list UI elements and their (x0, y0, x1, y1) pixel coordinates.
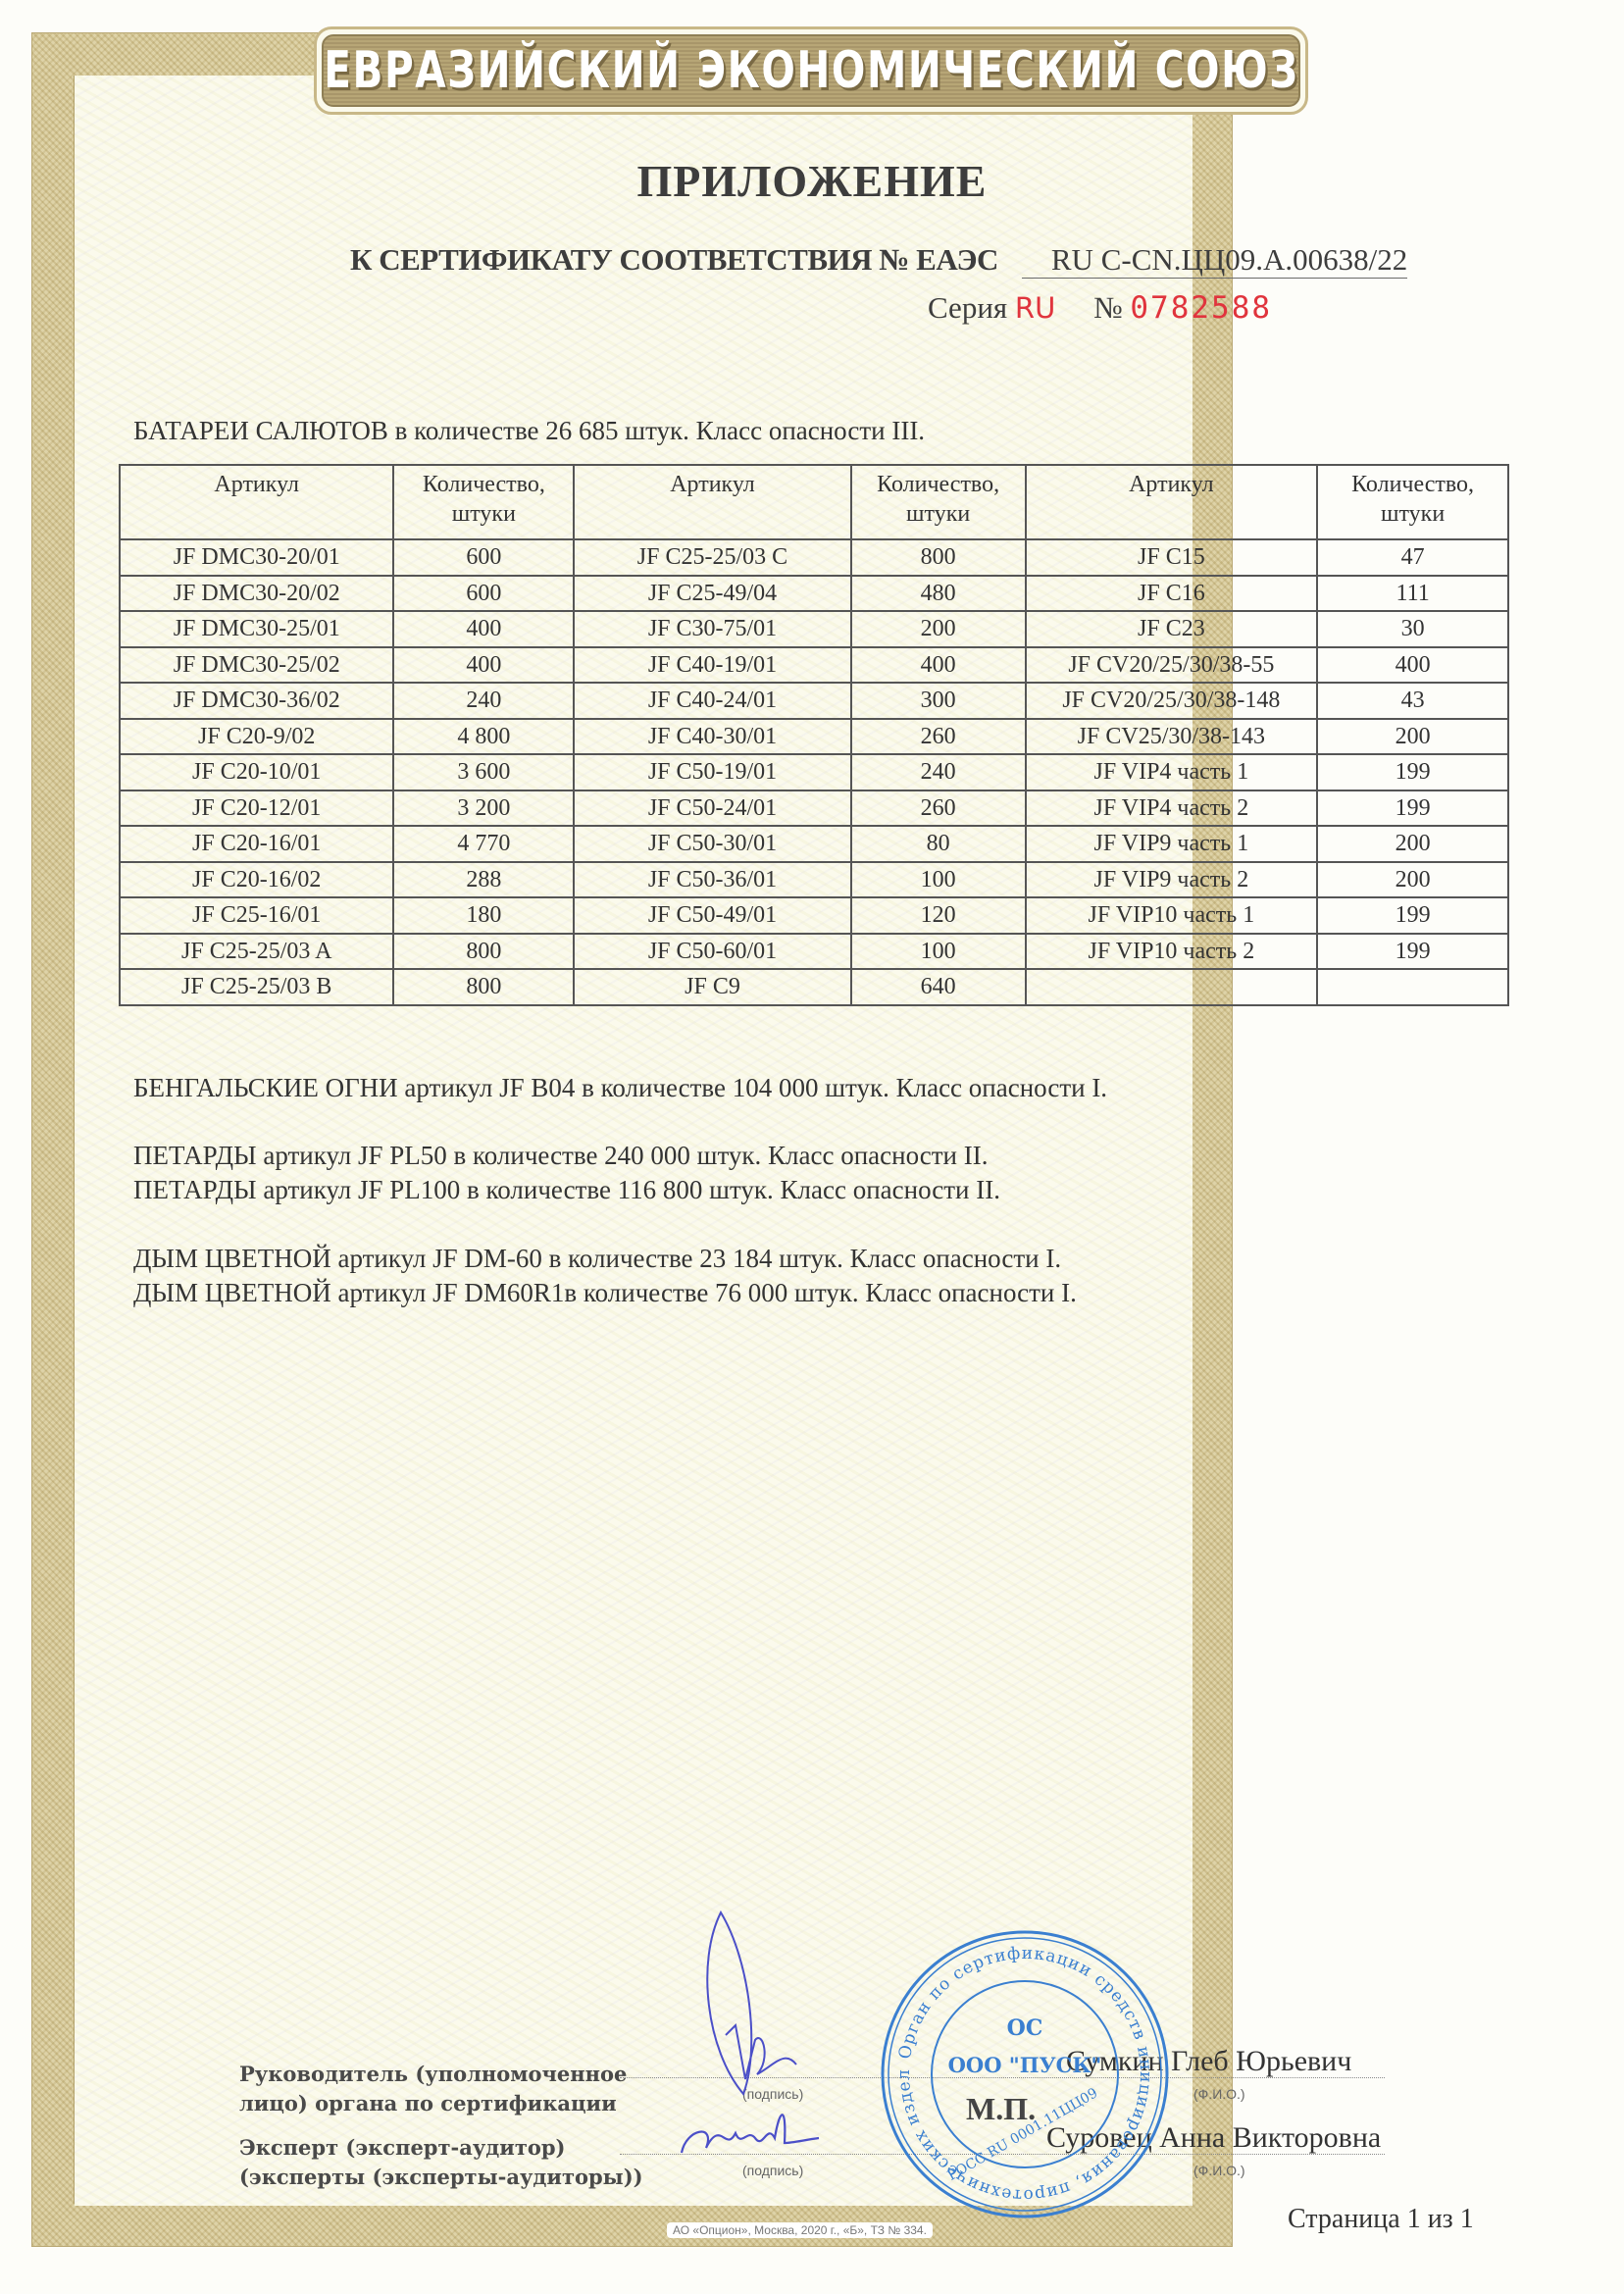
certificate-line: К СЕРТИФИКАТУ СООТВЕТСТВИЯ № ЕАЭСRU С-CN… (350, 242, 1407, 279)
number-label: № (1093, 290, 1123, 325)
paragraph-smoke-dm60r1: ДЫМ ЦВЕТНОЙ артикул JF DM60R1в количеств… (133, 1278, 1077, 1308)
page-number: Страница 1 из 1 (1288, 2204, 1474, 2235)
quantity-cell: 800 (393, 969, 574, 1005)
quantity-cell: 800 (851, 539, 1026, 576)
quantity-cell: 200 (1317, 826, 1508, 862)
article-cell: JF C40-19/01 (574, 647, 850, 684)
article-cell: JF C9 (574, 969, 850, 1005)
head-label: Руководитель (уполномоченное лицо) орган… (239, 2060, 627, 2118)
table-row: JF C25-16/01180JF C50-49/01120JF VIP10 ч… (120, 897, 1508, 934)
table-row: JF DMC30-36/02240JF C40-24/01300JF CV20/… (120, 683, 1508, 719)
seal-placeholder: М.П. (966, 2091, 1036, 2127)
quantity-cell: 199 (1317, 934, 1508, 970)
article-cell: JF CV20/25/30/38-55 (1026, 647, 1318, 684)
table-row: JF C20-16/02288JF C50-36/01100JF VIP9 ча… (120, 862, 1508, 898)
article-cell: JF CV20/25/30/38-148 (1026, 683, 1318, 719)
article-cell: JF DMC30-25/02 (120, 647, 393, 684)
table-row: JF C20-16/014 770JF C50-30/0180JF VIP9 ч… (120, 826, 1508, 862)
quantity-cell: 400 (393, 647, 574, 684)
article-cell: JF C20-9/02 (120, 719, 393, 755)
quantity-cell: 199 (1317, 790, 1508, 827)
table-row: JF C25-25/03 B800JF C9640 (120, 969, 1508, 1005)
serial-number: 0782588 (1130, 290, 1272, 326)
article-cell: JF C15 (1026, 539, 1318, 576)
article-cell: JF C40-24/01 (574, 683, 850, 719)
quantity-cell: 800 (393, 934, 574, 970)
banner-title: ЕВРАЗИЙСКИЙ ЭКОНОМИЧЕСКИЙ СОЮЗ (324, 41, 1298, 100)
table-row: JF C20-12/013 200JF C50-24/01260JF VIP4 … (120, 790, 1508, 827)
quantity-cell: 260 (851, 790, 1026, 827)
quantity-cell: 600 (393, 576, 574, 612)
article-cell: JF C50-60/01 (574, 934, 850, 970)
quantity-cell: 400 (393, 611, 574, 647)
article-cell: JF VIP4 часть 2 (1026, 790, 1318, 827)
article-cell: JF C23 (1026, 611, 1318, 647)
quantity-cell: 199 (1317, 897, 1508, 934)
page-title: ПРИЛОЖЕНИЕ (0, 155, 1624, 207)
head-name: Сумкин Глеб Юрьевич (1066, 2045, 1351, 2078)
article-cell: JF C20-12/01 (120, 790, 393, 827)
article-cell: JF DMC30-20/02 (120, 576, 393, 612)
table-row: JF C25-25/03 A800JF C50-60/01100JF VIP10… (120, 934, 1508, 970)
article-cell: JF VIP9 часть 2 (1026, 862, 1318, 898)
quantity-cell: 240 (851, 754, 1026, 790)
table-row: JF DMC30-25/02400JF C40-19/01400JF CV20/… (120, 647, 1508, 684)
paragraph-smoke-dm60: ДЫМ ЦВЕТНОЙ артикул JF DM-60 в количеств… (133, 1244, 1061, 1274)
quantity-cell: 640 (851, 969, 1026, 1005)
table-row: JF DMC30-25/01400JF C30-75/01200JF C2330 (120, 611, 1508, 647)
article-cell: JF C50-24/01 (574, 790, 850, 827)
quantity-cell: 100 (851, 934, 1026, 970)
quantity-cell: 3 600 (393, 754, 574, 790)
expert-name-caption: (Ф.И.О.) (1193, 2163, 1245, 2178)
head-signature-caption: (подпись) (742, 2086, 803, 2102)
article-cell: JF C50-36/01 (574, 862, 850, 898)
article-cell: JF C20-16/01 (120, 826, 393, 862)
quantity-cell: 199 (1317, 754, 1508, 790)
table-header-row: АртикулКоличество, штукиАртикулКоличеств… (120, 465, 1508, 539)
quantity-cell: 200 (1317, 719, 1508, 755)
quantity-cell: 180 (393, 897, 574, 934)
certificate-number: RU С-CN.ЦЦ09.А.00638/22 (1022, 242, 1407, 279)
quantity-cell: 240 (393, 683, 574, 719)
article-cell: JF C50-49/01 (574, 897, 850, 934)
article-cell: JF C30-75/01 (574, 611, 850, 647)
paragraph-firecrackers-pl50: ПЕТАРДЫ артикул JF PL50 в количестве 240… (133, 1141, 988, 1171)
quantity-cell: 288 (393, 862, 574, 898)
article-cell: JF C25-16/01 (120, 897, 393, 934)
table-row: JF C20-10/013 600JF C50-19/01240JF VIP4 … (120, 754, 1508, 790)
column-header-quantity: Количество, штуки (393, 465, 574, 539)
quantity-cell: 80 (851, 826, 1026, 862)
expert-signature-caption: (подпись) (742, 2163, 803, 2178)
header-banner: ЕВРАЗИЙСКИЙ ЭКОНОМИЧЕСКИЙ СОЮЗ (314, 26, 1308, 115)
article-cell: JF CV25/30/38-143 (1026, 719, 1318, 755)
article-cell: JF C25-25/03 C (574, 539, 850, 576)
column-header-quantity: Количество, штуки (851, 465, 1026, 539)
article-cell: JF C16 (1026, 576, 1318, 612)
column-header-article: Артикул (1026, 465, 1318, 539)
table-row: JF DMC30-20/02600JF C25-49/04480JF C1611… (120, 576, 1508, 612)
article-cell: JF C25-25/03 B (120, 969, 393, 1005)
series-value: RU (1015, 291, 1055, 325)
article-cell: JF C20-10/01 (120, 754, 393, 790)
quantity-cell: 4 770 (393, 826, 574, 862)
quantity-cell: 260 (851, 719, 1026, 755)
article-cell: JF DMC30-25/01 (120, 611, 393, 647)
column-header-article: Артикул (574, 465, 850, 539)
article-cell: JF VIP10 часть 2 (1026, 934, 1318, 970)
column-header-quantity: Количество, штуки (1317, 465, 1508, 539)
article-cell: JF C50-19/01 (574, 754, 850, 790)
head-name-caption: (Ф.И.О.) (1193, 2086, 1245, 2102)
quantity-cell: 111 (1317, 576, 1508, 612)
table-row: JF C20-9/024 800JF C40-30/01260JF CV25/3… (120, 719, 1508, 755)
quantity-cell: 200 (851, 611, 1026, 647)
batteries-table: АртикулКоличество, штукиАртикулКоличеств… (119, 464, 1509, 1006)
article-cell: JF C40-30/01 (574, 719, 850, 755)
table-body: JF DMC30-20/01600JF C25-25/03 C800JF C15… (120, 539, 1508, 1005)
article-cell: JF C25-25/03 A (120, 934, 393, 970)
quantity-cell: 600 (393, 539, 574, 576)
quantity-cell: 200 (1317, 862, 1508, 898)
article-cell: JF VIP9 часть 1 (1026, 826, 1318, 862)
article-cell: JF VIP4 часть 1 (1026, 754, 1318, 790)
expert-name: Суровец Анна Викторовна (1046, 2121, 1381, 2155)
quantity-cell: 480 (851, 576, 1026, 612)
quantity-cell: 100 (851, 862, 1026, 898)
batteries-intro: БАТАРЕИ САЛЮТОВ в количестве 26 685 штук… (133, 416, 925, 446)
article-cell: JF C50-30/01 (574, 826, 850, 862)
table-row: JF DMC30-20/01600JF C25-25/03 C800JF C15… (120, 539, 1508, 576)
quantity-cell: 47 (1317, 539, 1508, 576)
paragraph-firecrackers-pl100: ПЕТАРДЫ артикул JF PL100 в количестве 11… (133, 1175, 1000, 1205)
quantity-cell (1317, 969, 1508, 1005)
column-header-article: Артикул (120, 465, 393, 539)
quantity-cell: 120 (851, 897, 1026, 934)
article-cell: JF DMC30-36/02 (120, 683, 393, 719)
quantity-cell: 4 800 (393, 719, 574, 755)
article-cell (1026, 969, 1318, 1005)
printer-imprint: АО «Опцион», Москва, 2020 г., «Б», ТЗ № … (667, 2222, 933, 2238)
series-label: Серия (928, 290, 1007, 325)
quantity-cell: 30 (1317, 611, 1508, 647)
quantity-cell: 43 (1317, 683, 1508, 719)
certificate-label: К СЕРТИФИКАТУ СООТВЕТСТВИЯ № ЕАЭС (350, 242, 998, 277)
article-cell: JF C20-16/02 (120, 862, 393, 898)
article-cell: JF C25-49/04 (574, 576, 850, 612)
article-cell: JF VIP10 часть 1 (1026, 897, 1318, 934)
paragraph-sparklers: БЕНГАЛЬСКИЕ ОГНИ артикул JF B04 в количе… (133, 1073, 1107, 1103)
expert-label: Эксперт (эксперт-аудитор) (эксперты (экс… (239, 2133, 643, 2192)
quantity-cell: 400 (1317, 647, 1508, 684)
series-line: Серия RU № 0782588 (928, 290, 1272, 326)
quantity-cell: 3 200 (393, 790, 574, 827)
quantity-cell: 400 (851, 647, 1026, 684)
quantity-cell: 300 (851, 683, 1026, 719)
article-cell: JF DMC30-20/01 (120, 539, 393, 576)
